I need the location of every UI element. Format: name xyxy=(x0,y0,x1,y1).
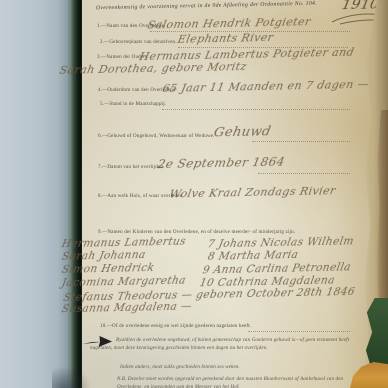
field-value-8: Wolve Kraal Zondags Rivier xyxy=(169,185,337,199)
child-row-1-left: Hermanus Lambertus xyxy=(61,237,187,250)
field-label-10: 10.—Of de overledene eenig en wel zijnde… xyxy=(100,324,251,330)
field-value-7: 2e September 1864 xyxy=(157,156,286,171)
rule-line xyxy=(162,109,350,110)
register-photo: Overeenkomstig de voorziening vervat in … xyxy=(0,0,388,388)
field-value-2: Elephants River xyxy=(177,32,275,45)
field-label-9: 9.—Namen der Kinderen van den Overledene… xyxy=(98,230,295,236)
child-row-2-right: 8 Martha Maria xyxy=(207,250,299,262)
field-value-6: Gehuwd xyxy=(213,125,272,139)
child-row-3-left: Simon Hendrick xyxy=(61,263,155,275)
rule-line xyxy=(258,173,350,174)
binding-corner-shadow xyxy=(52,366,92,388)
field-label-7: 7.—Datum van het overlijden. xyxy=(98,165,165,171)
field-label-2: 2.—Geboorteplaats van denzelven. xyxy=(100,40,177,46)
footnote-3: N.B. Dezelve moet worden opgevuld en get… xyxy=(117,376,365,388)
child-row-2-left: Sarah Johanna xyxy=(61,250,147,262)
child-row-6-left: Susanna Magdalena — xyxy=(61,302,193,315)
facing-page xyxy=(0,0,72,388)
rule-line xyxy=(252,141,350,142)
field-label-5: 5.—Stand in de Maatschappij. xyxy=(100,102,166,108)
child-row-4-left: Jacomina Margaretha xyxy=(61,276,187,289)
rule-line xyxy=(248,331,350,332)
footnote-1: Byaldien de overledene ongehuwd, of buit… xyxy=(90,337,362,352)
field-value-1: Salomon Hendrik Potgieter xyxy=(147,16,312,30)
footnote-2: Indien anders, moet zulks geschieden bin… xyxy=(120,364,360,372)
field-label-6: 6.—Gehuwd of Ongehuwd, Weduwenaar of Wed… xyxy=(98,134,215,140)
